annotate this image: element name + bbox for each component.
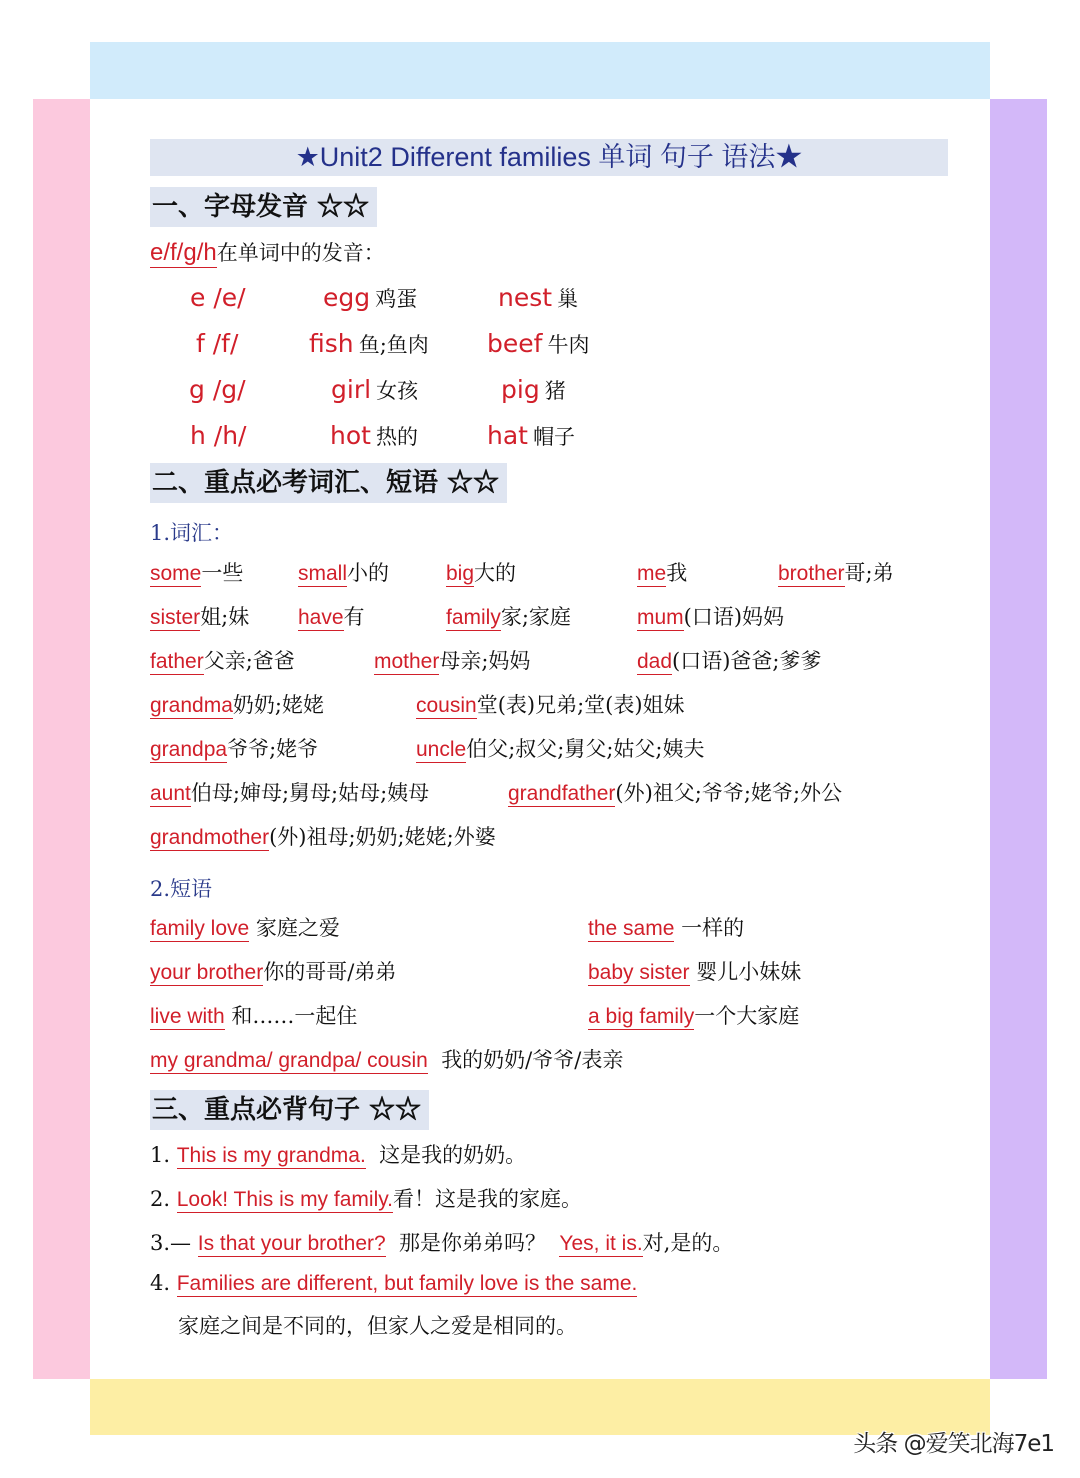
pron-row: g /g/ <box>189 375 246 404</box>
vocab-meaning: 大的 <box>474 561 516 585</box>
vocab-meaning: 伯父;叔父;舅父;姑父;姨夫 <box>466 737 704 761</box>
vocab-word: some <box>150 562 201 587</box>
vocab-word: father <box>150 650 204 675</box>
example-meaning: 牛肉 <box>548 333 590 357</box>
vocab-meaning: 小的 <box>347 561 389 585</box>
example-word: hot <box>330 421 371 450</box>
section-heading-vocabulary: 二、重点必考词汇、短语 ☆☆ <box>150 463 507 503</box>
example-meaning: 猪 <box>545 379 566 403</box>
section-heading-pronunciation: 一、字母发音 ☆☆ <box>150 187 377 227</box>
example-word: hat <box>487 421 528 450</box>
sentence-zh: 看！这是我的家庭。 <box>393 1187 582 1211</box>
vocab-word: have <box>298 606 344 631</box>
vocab-word: aunt <box>150 782 191 807</box>
vocab-meaning: 堂(表)兄弟;堂(表)姐妹 <box>477 693 685 717</box>
sentence-en: This is my grandma. <box>177 1144 366 1169</box>
sound-label: f /f/ <box>196 329 238 358</box>
vocab-word: grandpa <box>150 738 227 763</box>
vocab-meaning: 父亲;爸爸 <box>204 649 295 673</box>
phrase-en: my grandma/ grandpa/ cousin <box>150 1049 428 1074</box>
phrase-zh: 你的哥哥/弟弟 <box>263 960 396 984</box>
page-title: ★Unit2 Different families 单词 句子 语法★ <box>150 139 948 176</box>
vocab-meaning: (外)祖母;奶奶;姥姥;外婆 <box>269 825 496 849</box>
example-word: nest <box>498 283 552 312</box>
decorative-band-top <box>90 42 990 99</box>
phrase-en: live with <box>150 1005 225 1030</box>
vocab-word: uncle <box>416 738 466 763</box>
sound-label: h /h/ <box>190 421 246 450</box>
phrase-zh: 和……一起住 <box>231 1004 357 1028</box>
vocab-meaning: 伯母;婶母;舅母;姑母;姨母 <box>191 781 429 805</box>
pron-row-word2: beef 牛肉 <box>487 329 590 359</box>
sentence-en: Is that your brother? <box>198 1232 386 1257</box>
example-meaning: 女孩 <box>376 379 418 403</box>
phrase-zh: 我的奶奶/爷爷/表亲 <box>441 1048 623 1072</box>
sentence-translation: 家庭之间是不同的，但家人之爱是相同的。 <box>178 1310 577 1340</box>
vocab-word: grandfather <box>508 782 615 807</box>
phrase-zh: 一样的 <box>681 916 744 940</box>
example-word: egg <box>323 283 370 312</box>
vocab-word: big <box>446 562 474 587</box>
vocab-meaning: 奶奶;姥姥 <box>233 693 324 717</box>
sentence-number: 3.— <box>150 1231 191 1255</box>
phrase-subheading: 2.短语 <box>150 873 212 903</box>
pron-row-word1: hot 热的 <box>330 421 418 451</box>
example-meaning: 帽子 <box>533 425 575 449</box>
sentence-answer-en: Yes, it is. <box>559 1232 642 1257</box>
phrase-en: a big family <box>588 1005 694 1030</box>
example-meaning: 鱼;鱼肉 <box>359 333 429 357</box>
vocab-subheading: 1.词汇： <box>150 517 233 547</box>
example-word: pig <box>501 375 540 404</box>
vocab-meaning: 爷爷;姥爷 <box>227 737 318 761</box>
pron-row-word2: nest 巢 <box>498 283 578 313</box>
phrase-en: the same <box>588 917 674 942</box>
phrase-en: your brother <box>150 961 263 986</box>
pron-row-word2: hat 帽子 <box>487 421 575 451</box>
watermark: 头条 @爱笑北海7e1 <box>853 1425 1054 1458</box>
vocab-word: cousin <box>416 694 477 719</box>
vocab-word: family <box>446 606 501 631</box>
vocab-meaning: 我 <box>666 561 687 585</box>
sentence-zh: 这是我的奶奶。 <box>379 1143 526 1167</box>
vocab-meaning: (口语)妈妈 <box>684 605 784 629</box>
sentence-number: 2. <box>150 1187 170 1211</box>
vocab-word: dad <box>637 650 672 675</box>
pron-row: e /e/ <box>190 283 246 312</box>
intro-text: 在单词中的发音： <box>217 241 385 265</box>
section-heading-sentences: 三、重点必背句子 ☆☆ <box>150 1090 429 1130</box>
phrase-zh: 婴儿小妹妹 <box>696 960 801 984</box>
example-word: fish <box>309 329 354 358</box>
example-meaning: 鸡蛋 <box>375 287 417 311</box>
pron-row-word1: girl 女孩 <box>331 375 418 405</box>
phrase-zh: 一个大家庭 <box>694 1004 799 1028</box>
sentence-en: Look! This is my family. <box>177 1188 393 1213</box>
intro-letters: e/f/g/h <box>150 239 217 268</box>
pron-row-word2: pig 猪 <box>501 375 566 405</box>
sentence-number: 4. <box>150 1271 170 1295</box>
vocab-meaning: (外)祖父;爷爷;姥爷;外公 <box>615 781 842 805</box>
worksheet-page: ★Unit2 Different families 单词 句子 语法★ 一、字母… <box>90 99 990 1379</box>
phrase-zh: 家庭之爱 <box>256 916 340 940</box>
vocab-meaning: 家;家庭 <box>501 605 571 629</box>
phrase-en: family love <box>150 917 249 942</box>
vocab-word: mother <box>374 650 439 675</box>
pron-row-word1: egg 鸡蛋 <box>323 283 417 313</box>
vocab-meaning: (口语)爸爸;爹爹 <box>672 649 821 673</box>
sentence-en: Families are different, but family love … <box>177 1272 638 1297</box>
pron-row: f /f/ <box>196 329 238 358</box>
example-meaning: 热的 <box>376 425 418 449</box>
vocab-meaning: 一些 <box>201 561 243 585</box>
vocab-word: grandmother <box>150 826 269 851</box>
vocab-meaning: 有 <box>344 605 365 629</box>
phrase-en: baby sister <box>588 961 690 986</box>
vocab-word: mum <box>637 606 684 631</box>
decorative-band-left <box>33 99 90 1379</box>
sound-label: g /g/ <box>189 375 246 404</box>
sentence-number: 1. <box>150 1143 170 1167</box>
pron-row-word1: fish 鱼;鱼肉 <box>309 329 429 359</box>
sentence-zh: 那是你弟弟吗？ <box>399 1231 546 1255</box>
example-meaning: 巢 <box>557 287 578 311</box>
vocab-word: sister <box>150 606 200 631</box>
vocab-word: small <box>298 562 347 587</box>
example-word: beef <box>487 329 542 358</box>
sound-label: e /e/ <box>190 283 246 312</box>
sentence-zh: 家庭之间是不同的，但家人之爱是相同的。 <box>178 1314 577 1338</box>
pron-row: h /h/ <box>190 421 246 450</box>
vocab-word: me <box>637 562 666 587</box>
sentence-answer-zh: 对,是的。 <box>643 1231 734 1255</box>
pronunciation-intro: e/f/g/h在单词中的发音： <box>150 237 385 268</box>
vocab-meaning: 哥;弟 <box>845 561 894 585</box>
vocab-meaning: 母亲;妈妈 <box>439 649 530 673</box>
example-word: girl <box>331 375 371 404</box>
vocab-word: grandma <box>150 694 233 719</box>
decorative-band-right <box>990 99 1047 1379</box>
vocab-meaning: 姐;妹 <box>200 605 249 629</box>
vocab-word: brother <box>778 562 845 587</box>
